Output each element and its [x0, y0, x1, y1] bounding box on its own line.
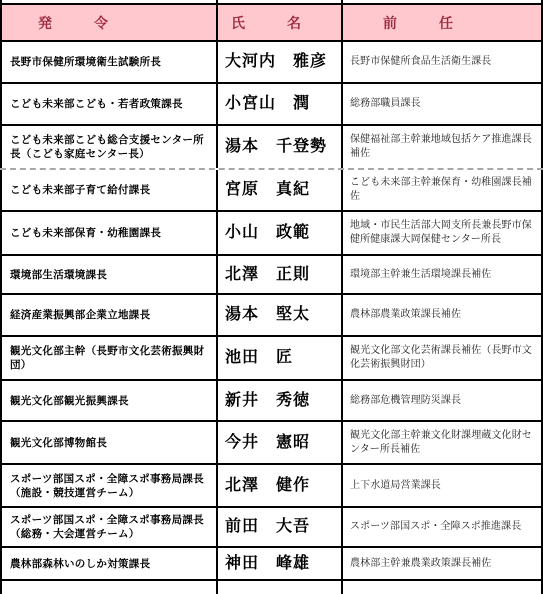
- bottom-cropped-cell: [0, 581, 218, 594]
- appointment-cell: 環境部生活環境課長: [0, 256, 218, 293]
- name-cell: 湯本 堅太: [218, 295, 343, 335]
- name-cell: 小宮山 潤: [218, 84, 343, 124]
- name-cell: 宮原 真紀: [218, 170, 343, 210]
- header-previous-position: 前 任: [343, 5, 543, 40]
- previous-position-cell: 上下水道局営業課長: [343, 465, 543, 506]
- table-row: 環境部生活環境課長 北澤 正則 環境部主幹兼生活環境課長補佐: [0, 256, 543, 295]
- appointment-cell: こども未来部こども総合支援センター所長（こども家庭センター長）: [0, 126, 218, 168]
- name-cell: 北澤 正則: [218, 256, 343, 293]
- top-cropped-cell: [0, 0, 218, 3]
- previous-position-cell: 地域・市民生活部大岡支所長兼長野市保健所健康課大岡保健センター所長: [343, 212, 543, 254]
- table-row: 農林部森林いのしか対策課長 神田 峰雄 農林部主幹兼農業政策課長補佐: [0, 548, 543, 581]
- previous-position-cell: 保健福祉部主幹兼地域包括ケア推進課長補佐: [343, 126, 543, 168]
- appointment-table-sheet: 発 令 氏 名 前 任 長野市保健所環境衛生試験所長 大河内 雅彦 長野市保健所…: [0, 0, 543, 594]
- top-cropped-cell: [343, 0, 543, 3]
- previous-position-cell: 農林部農業政策課長補佐: [343, 295, 543, 335]
- table-row: 長野市保健所環境衛生試験所長 大河内 雅彦 長野市保健所食品生活衛生課長: [0, 42, 543, 84]
- table-row: 観光文化部観光振興課長 新井 秀徳 総務部危機管理防災課長: [0, 381, 543, 422]
- header-name: 氏 名: [218, 5, 343, 40]
- appointment-cell: こども未来部こども・若者政策課長: [0, 84, 218, 124]
- previous-position-cell: 総務部職員課長: [343, 84, 543, 124]
- appointment-cell: 観光文化部観光振興課長: [0, 381, 218, 420]
- bottom-cropped-row: [0, 581, 543, 594]
- table-row: こども未来部こども・若者政策課長 小宮山 潤 総務部職員課長: [0, 84, 543, 126]
- previous-position-cell: 農林部主幹兼農業政策課長補佐: [343, 548, 543, 579]
- name-cell: 今井 憲昭: [218, 422, 343, 463]
- appointment-cell: 観光文化部主幹（長野市文化芸術振興財団）: [0, 337, 218, 379]
- top-cropped-row: [0, 0, 543, 3]
- table-row: こども未来部こども総合支援センター所長（こども家庭センター長） 湯本 千登勢 保…: [0, 126, 543, 170]
- name-cell: 池田 匠: [218, 337, 343, 379]
- name-cell: 新井 秀徳: [218, 381, 343, 420]
- appointment-cell: こども未来部保育・幼稚園課長: [0, 212, 218, 254]
- appointment-cell: 観光文化部博物館長: [0, 422, 218, 463]
- previous-position-cell: 長野市保健所食品生活衛生課長: [343, 42, 543, 82]
- table-row: スポーツ部国スポ・全障スポ事務局課長（総務・大会運営チーム） 前田 大吾 スポー…: [0, 508, 543, 548]
- bottom-cropped-cell: [218, 581, 343, 594]
- appointment-cell: こども未来部子育て給付課長: [0, 170, 218, 210]
- appointment-cell: 農林部森林いのしか対策課長: [0, 548, 218, 579]
- previous-position-cell: 総務部危機管理防災課長: [343, 381, 543, 420]
- bottom-cropped-cell: [343, 581, 543, 594]
- previous-position-cell: こども未来部主幹兼保育・幼稚園課長補佐: [343, 170, 543, 210]
- name-cell: 北澤 健作: [218, 465, 343, 506]
- table-row: 観光文化部主幹（長野市文化芸術振興財団） 池田 匠 観光文化部文化芸術課長補佐（…: [0, 337, 543, 381]
- table-row: こども未来部保育・幼稚園課長 小山 政範 地域・市民生活部大岡支所長兼長野市保健…: [0, 212, 543, 256]
- table-row: 経済産業振興部企業立地課長 湯本 堅太 農林部農業政策課長補佐: [0, 295, 543, 337]
- name-cell: 神田 峰雄: [218, 548, 343, 579]
- header-appointment: 発 令: [0, 5, 218, 40]
- name-cell: 小山 政範: [218, 212, 343, 254]
- table-row: 観光文化部博物館長 今井 憲昭 観光文化部主幹兼文化財課埋蔵文化財センター所長補…: [0, 422, 543, 465]
- appointment-cell: スポーツ部国スポ・全障スポ事務局課長（総務・大会運営チーム）: [0, 508, 218, 546]
- appointment-cell: 経済産業振興部企業立地課長: [0, 295, 218, 335]
- table-row: こども未来部子育て給付課長 宮原 真紀 こども未来部主幹兼保育・幼稚園課長補佐: [0, 170, 543, 212]
- previous-position-cell: 環境部主幹兼生活環境課長補佐: [343, 256, 543, 293]
- name-cell: 湯本 千登勢: [218, 126, 343, 168]
- appointment-cell: スポーツ部国スポ・全障スポ事務局課長（施設・競技運営チーム）: [0, 465, 218, 506]
- top-cropped-cell: [218, 0, 343, 3]
- previous-position-cell: 観光文化部主幹兼文化財課埋蔵文化財センター所長補佐: [343, 422, 543, 463]
- name-cell: 大河内 雅彦: [218, 42, 343, 82]
- name-cell: 前田 大吾: [218, 508, 343, 546]
- table-row: スポーツ部国スポ・全障スポ事務局課長（施設・競技運営チーム） 北澤 健作 上下水…: [0, 465, 543, 508]
- table-header-row: 発 令 氏 名 前 任: [0, 3, 543, 42]
- appointment-cell: 長野市保健所環境衛生試験所長: [0, 42, 218, 82]
- previous-position-cell: 観光文化部文化芸術課長補佐（長野市文化芸術振興財団）: [343, 337, 543, 379]
- previous-position-cell: スポーツ部国スポ・全障スポ推進課長: [343, 508, 543, 546]
